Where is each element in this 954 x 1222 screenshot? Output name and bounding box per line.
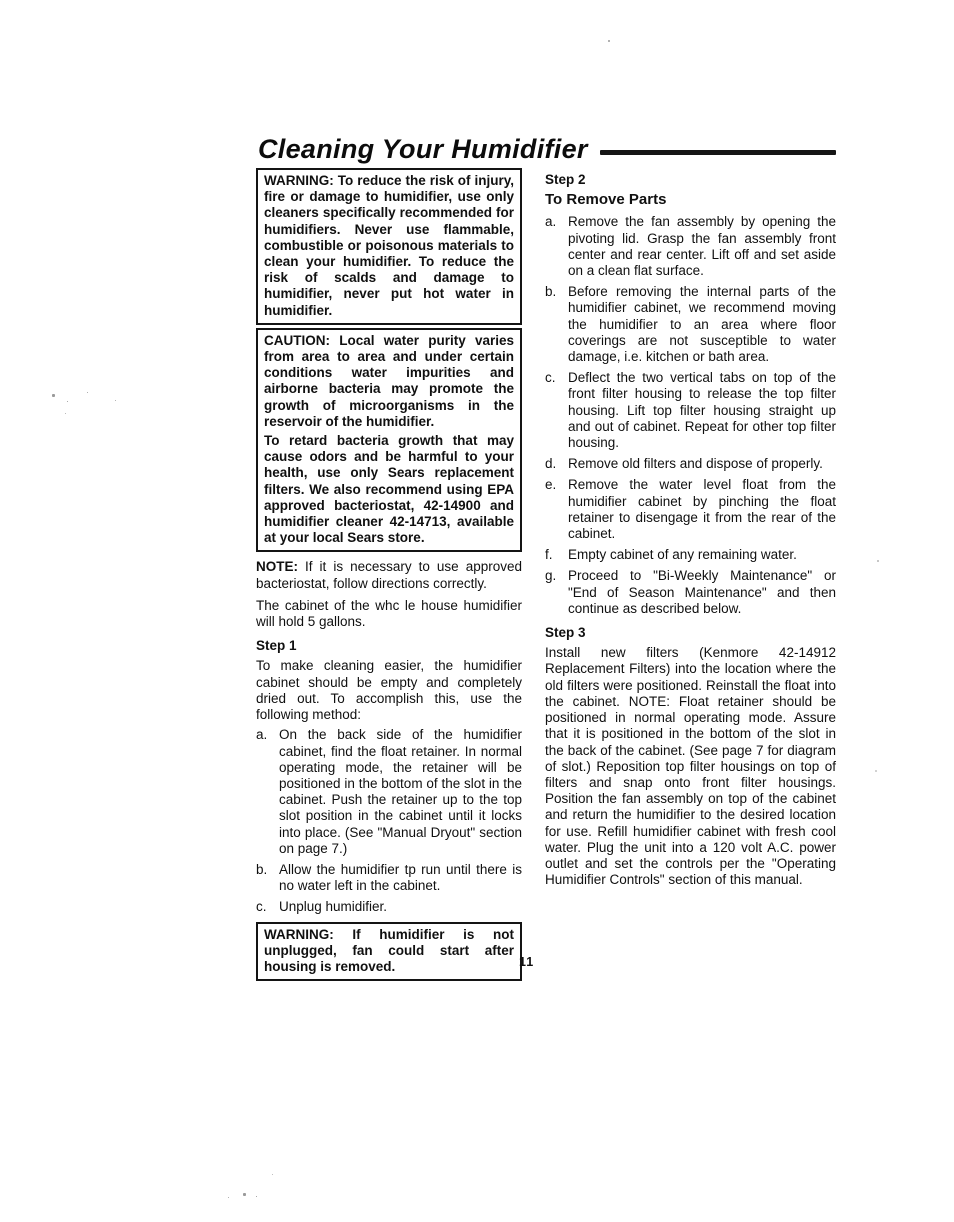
step2-heading: Step 2: [545, 172, 836, 188]
caution-label: CAUTION:: [264, 333, 330, 348]
list-marker: e.: [545, 477, 556, 493]
list-item-text: Proceed to "Bi-Weekly Maintenance" or "E…: [568, 568, 836, 615]
list-item-text: Deflect the two vertical tabs on top of …: [568, 370, 836, 450]
list-marker: b.: [545, 284, 556, 300]
warning-box-top: WARNING: To reduce the risk of injury, f…: [256, 168, 522, 325]
step2-list: a. Remove the fan assembly by opening th…: [545, 214, 836, 617]
list-marker: a.: [545, 214, 556, 230]
list-marker: g.: [545, 568, 556, 584]
right-column: Step 2 To Remove Parts a. Remove the fan…: [545, 172, 836, 892]
list-marker: a.: [256, 727, 267, 743]
caution-para-1: CAUTION: Local water purity varies from …: [264, 333, 514, 430]
step3-text: Install new filters (Kenmore 42-14912 Re…: [545, 645, 836, 888]
scan-speckle: [52, 394, 55, 397]
list-item: c. Deflect the two vertical tabs on top …: [545, 370, 836, 451]
list-item: b. Before removing the internal parts of…: [545, 284, 836, 365]
list-item: a. On the back side of the humidifier ca…: [256, 727, 522, 857]
list-item-text: Before removing the internal parts of th…: [568, 284, 836, 364]
step3-heading: Step 3: [545, 625, 836, 641]
list-item-text: Remove the water level float from the hu…: [568, 477, 836, 541]
step1-list: a. On the back side of the humidifier ca…: [256, 727, 522, 915]
list-item: f. Empty cabinet of any remaining water.: [545, 547, 836, 563]
page-number: 11: [519, 955, 534, 969]
title-rule-line: [600, 150, 836, 155]
warning-label: WARNING:: [264, 927, 334, 942]
scan-speckle: [243, 1193, 246, 1196]
list-marker: b.: [256, 862, 267, 878]
list-item-text: On the back side of the humidifier cabin…: [279, 727, 522, 855]
list-item-text: Unplug humidifier.: [279, 899, 387, 914]
caution-para-2: To retard bacteria growth that may cause…: [264, 433, 514, 546]
list-marker: c.: [545, 370, 556, 386]
left-column: WARNING: To reduce the risk of injury, f…: [256, 168, 522, 984]
list-item-text: Remove the fan assembly by opening the p…: [568, 214, 836, 278]
list-item: c. Unplug humidifier.: [256, 899, 522, 915]
list-marker: d.: [545, 456, 556, 472]
capacity-note: The cabinet of the whc le house humidifi…: [256, 598, 522, 630]
title-row: Cleaning Your Humidifier: [258, 134, 836, 165]
caution-box: CAUTION: Local water purity varies from …: [256, 328, 522, 553]
scan-speckle: [877, 560, 879, 562]
list-item: d. Remove old filters and dispose of pro…: [545, 456, 836, 472]
step1-intro: To make cleaning easier, the humidifier …: [256, 658, 522, 723]
list-item: g. Proceed to "Bi-Weekly Maintenance" or…: [545, 568, 836, 617]
warning-box-bottom-text: WARNING: If humidifier is not unplugged,…: [264, 927, 514, 976]
step1-heading: Step 1: [256, 638, 522, 654]
page-title: Cleaning Your Humidifier: [258, 134, 588, 165]
list-marker: f.: [545, 547, 553, 563]
note-label: NOTE:: [256, 559, 298, 574]
list-item-text: Remove old filters and dispose of proper…: [568, 456, 823, 471]
list-item: e. Remove the water level float from the…: [545, 477, 836, 542]
warning-label: WARNING:: [264, 173, 334, 188]
list-item: b. Allow the humidifier tp run until the…: [256, 862, 522, 894]
note-paragraph: NOTE: If it is necessary to use approved…: [256, 559, 522, 591]
list-marker: c.: [256, 899, 267, 915]
warning-box-top-text: WARNING: To reduce the risk of injury, f…: [264, 173, 514, 319]
scan-speckle: [608, 40, 610, 42]
list-item: a. Remove the fan assembly by opening th…: [545, 214, 836, 279]
document-page: Cleaning Your Humidifier WARNING: To red…: [0, 0, 954, 1222]
list-item-text: Allow the humidifier tp run until there …: [279, 862, 522, 893]
warning-box-bottom: WARNING: If humidifier is not unplugged,…: [256, 922, 522, 982]
step2-subheading: To Remove Parts: [545, 192, 836, 208]
list-item-text: Empty cabinet of any remaining water.: [568, 547, 797, 562]
